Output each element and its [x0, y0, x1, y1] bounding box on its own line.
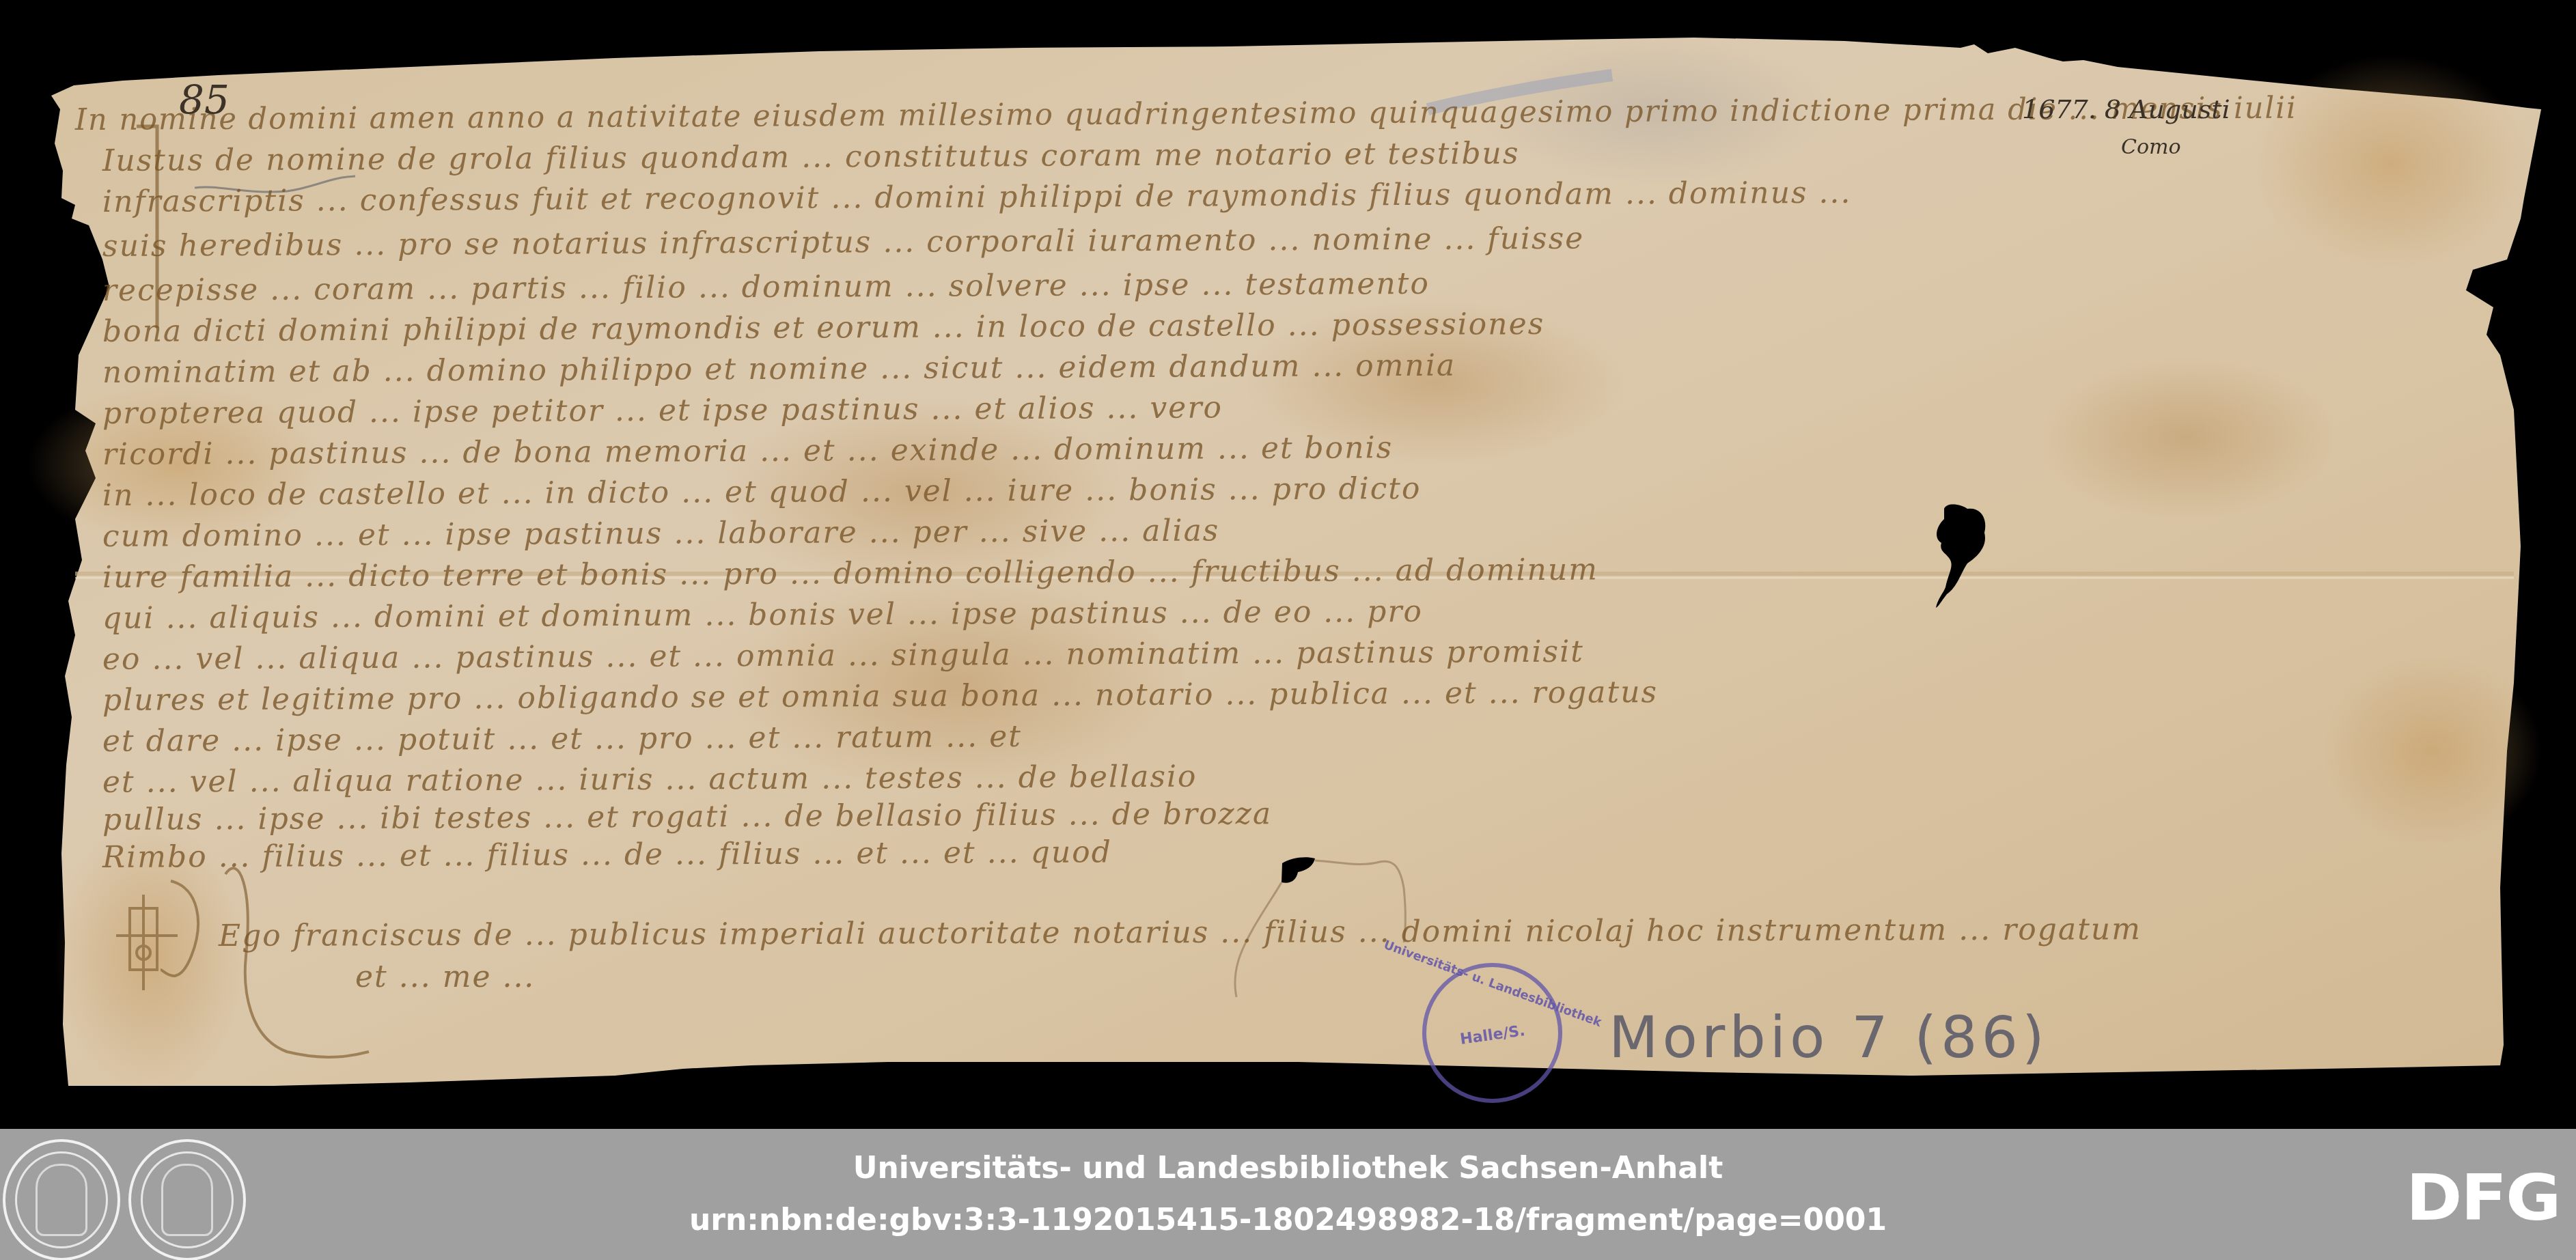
script-line: et ... vel ... aliqua ratione ... iuris … [102, 759, 1197, 800]
stamp-center-text: Halle/S. [1458, 1022, 1525, 1048]
script-line: Ego franciscus de ... publicus imperiali… [219, 912, 2142, 953]
script-line: propterea quod ... ipse petitor ... et i… [102, 390, 1223, 431]
script-line: Rimbo ... filius ... et ... filius ... d… [102, 835, 1112, 875]
place-annotation: Como [2121, 135, 2181, 159]
shelfmark-annotation: Morbio 7 (86) [1609, 1004, 2049, 1071]
script-line: qui ... aliquis ... domini et dominum ..… [102, 594, 1423, 636]
script-line: cum domino ... et ... ipse pastinus ... … [102, 513, 1220, 554]
script-line: ricordi ... pastinus ... de bona memoria… [102, 430, 1393, 472]
dfg-logo: DFG [2406, 1167, 2560, 1230]
script-line: pullus ... ipse ... ibi testes ... et ro… [102, 796, 1272, 837]
document-viewer: In nomine domini amen anno a nativitate … [0, 0, 2576, 1129]
script-line: in ... loco de castello et ... in dicto … [102, 471, 1422, 513]
folio-number-annotation: 85 [179, 76, 230, 123]
script-line: et dare ... ipse ... potuit ... et ... p… [102, 719, 1022, 759]
script-line: recepisse ... coram ... partis ... filio… [102, 266, 1430, 308]
date-annotation: 1677. 8 Augusti [2022, 94, 2230, 124]
urn-identifier[interactable]: urn:nbn:de:gbv:3:3-1192015415-1802498982… [0, 1203, 2576, 1237]
script-line: et ... me ... [355, 960, 535, 994]
script-line: nominatim et ab ... domino philippo et n… [102, 348, 1456, 390]
script-line: Iustus de nomine de grola filius quondam… [102, 136, 1520, 178]
institution-name-text: Universitäts- und Landesbibliothek Sachs… [853, 1151, 1723, 1186]
urn-text[interactable]: urn:nbn:de:gbv:3:3-1192015415-1802498982… [689, 1203, 1887, 1237]
library-footer: Universitäts- und Landesbibliothek Sachs… [0, 1129, 2576, 1260]
library-stamp: Universitäts- u. Landesbibliothek Halle/… [1422, 963, 1562, 1103]
institution-name: Universitäts- und Landesbibliothek Sachs… [0, 1151, 2576, 1186]
